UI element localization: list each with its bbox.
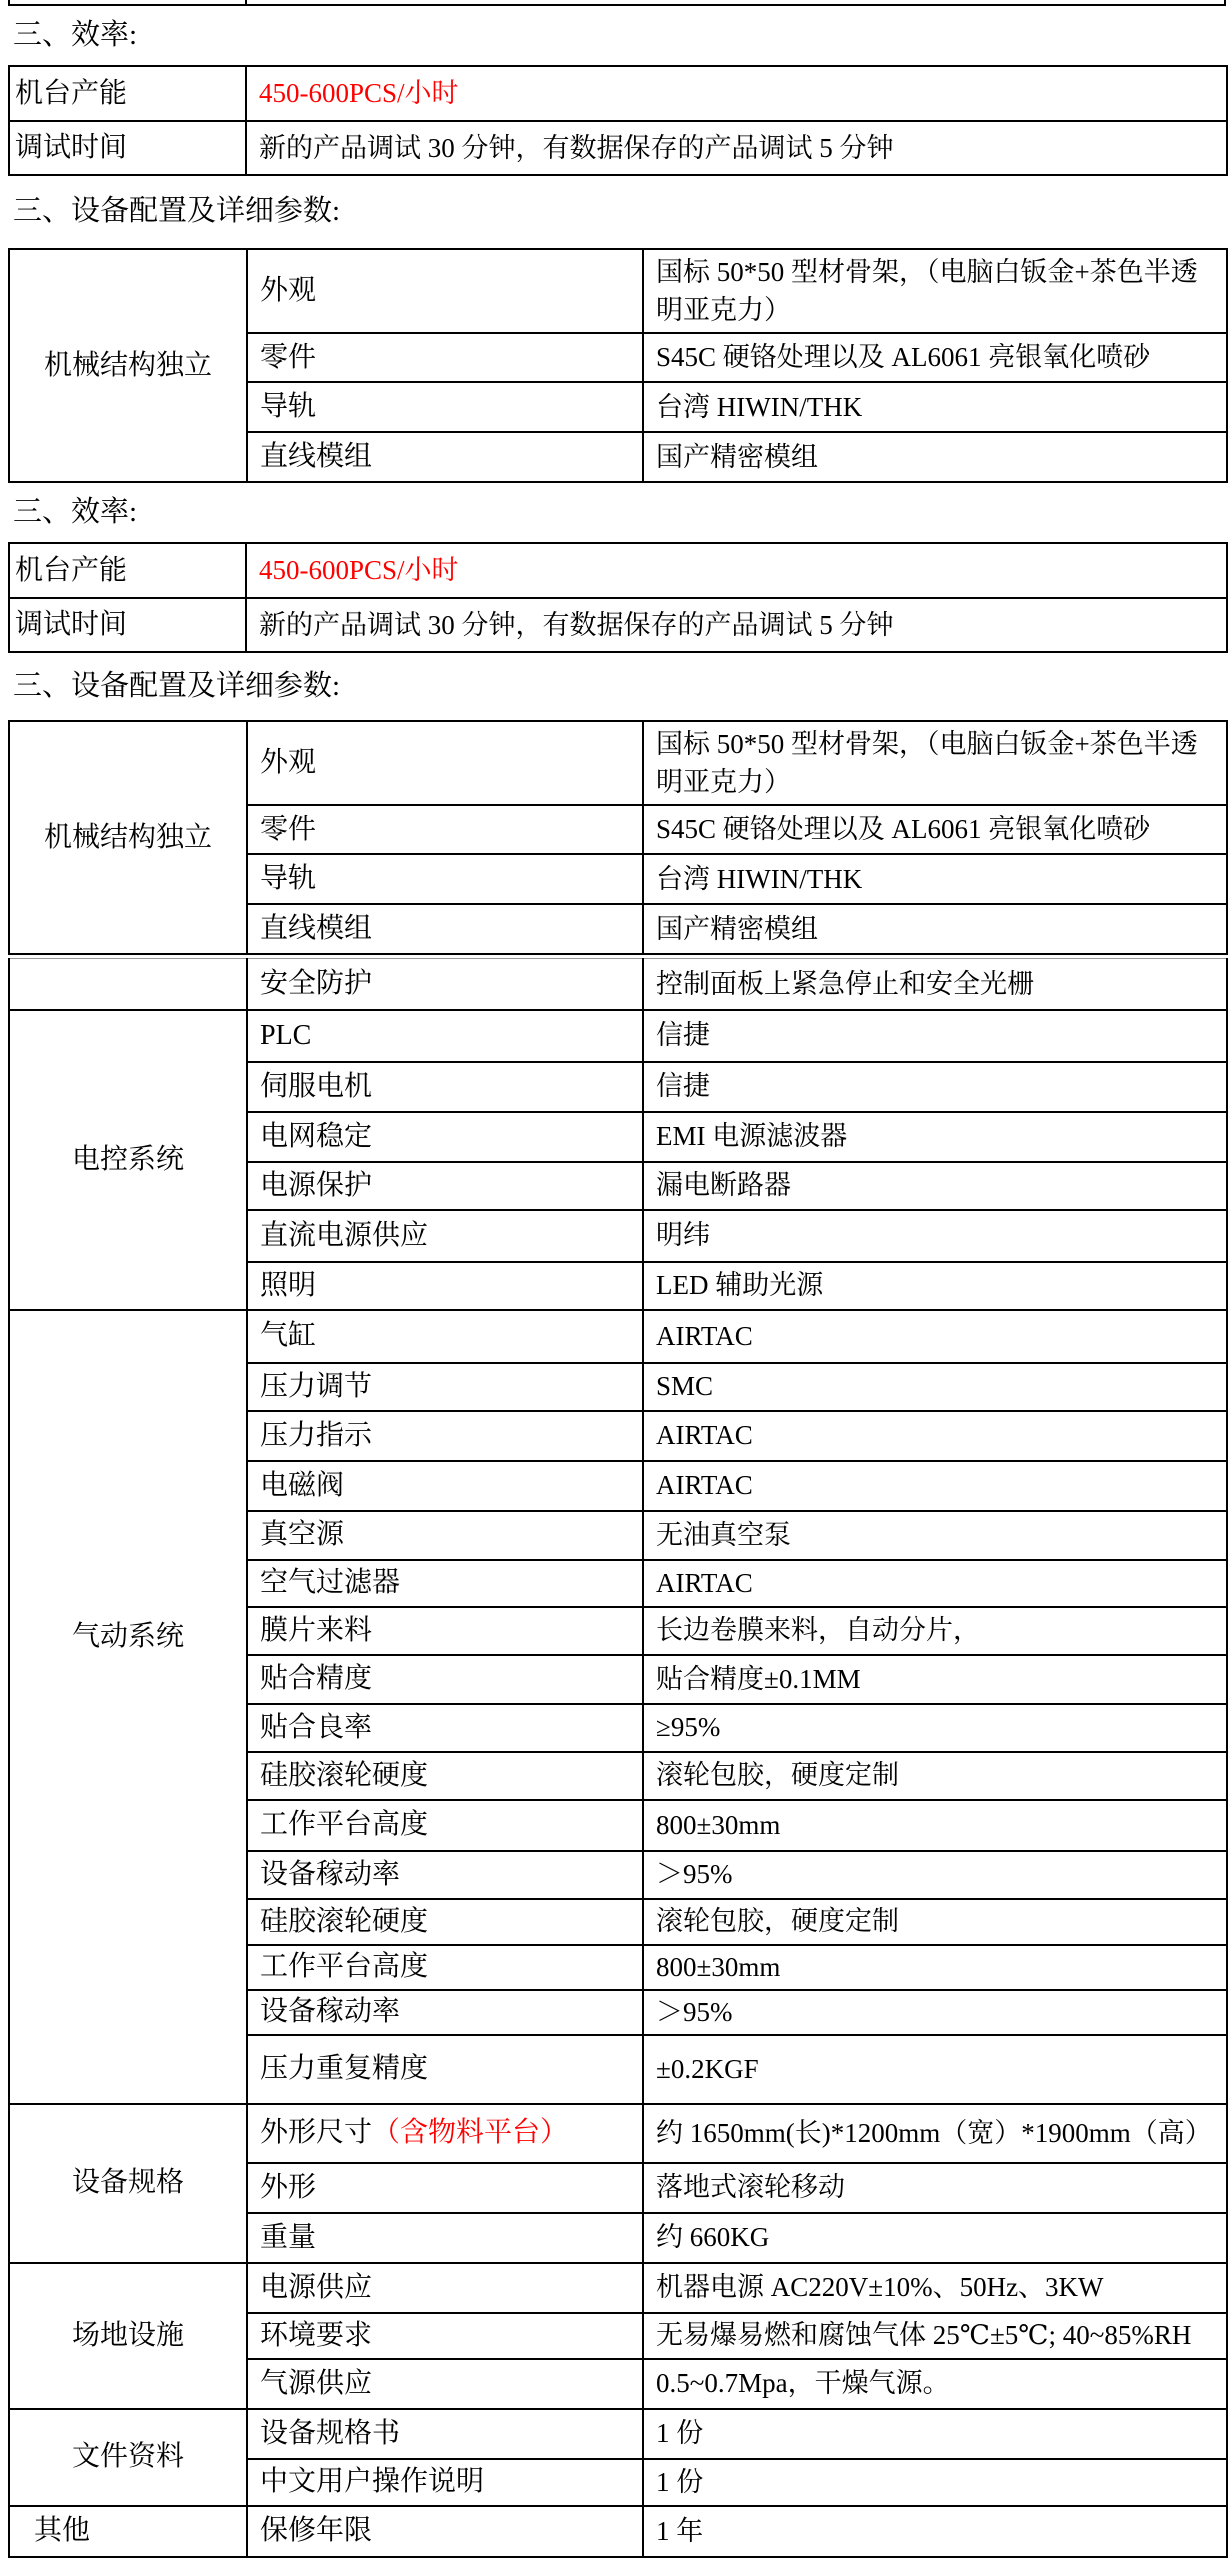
row-value-cell: 800±30mm xyxy=(643,1945,1227,1990)
config-table: 机械结构独立外观国标 50*50 型材骨架，（电脑白钣金+茶色半透明亚克力）零件… xyxy=(8,720,1228,955)
row-label-text: 硅胶滚轮硬度 xyxy=(260,1760,428,1791)
group-label-text: 其他 xyxy=(34,2515,90,2546)
row-value-cell: AIRTAC xyxy=(643,1310,1227,1363)
efficiency-table: 机台产能450-600PCS/小时调试时间新的产品调试 30 分钟，有数据保存的… xyxy=(8,65,1228,176)
row-value-cell: 落地式滚轮移动 xyxy=(643,2163,1227,2213)
row-label-cell: 设备稼动率 xyxy=(247,1851,643,1899)
row-label-text: 压力指示 xyxy=(260,1420,372,1451)
row-value-cell: 长边卷膜来料，自动分片， xyxy=(643,1607,1227,1655)
table-border-segment xyxy=(1224,0,1226,4)
group-label-text: 电控系统 xyxy=(72,1144,184,1175)
heading-efficiency: 三、效率: xyxy=(0,6,1232,65)
table-row: 其他保修年限1 年 xyxy=(9,2506,1227,2557)
row-value-cell: 约 1650mm(长)*1200mm（宽）*1900mm（高） xyxy=(643,2104,1227,2163)
row-value-cell: 明纬 xyxy=(643,1210,1227,1262)
heading-efficiency: 三、效率: xyxy=(0,483,1232,542)
row-value-cell: S45C 硬铬处理以及 AL6061 亮银氧化喷砂 xyxy=(643,805,1227,854)
row-label-text: 电源保护 xyxy=(260,1170,372,1201)
row-label-cell: 伺服电机 xyxy=(247,1062,643,1112)
row-label-text: 保修年限 xyxy=(260,2515,372,2546)
row-label-cell: 设备稼动率 xyxy=(247,1990,643,2035)
table-border-segment xyxy=(245,0,247,4)
row-value-cell: 机器电源 AC220V±10%、50Hz、3KW xyxy=(643,2263,1227,2313)
row-value-cell: 信捷 xyxy=(643,1010,1227,1062)
row-label-cell: 零件 xyxy=(247,333,643,382)
row-value-cell: 控制面板上紧急停止和安全光栅 xyxy=(643,959,1227,1010)
row-label-cell: 工作平台高度 xyxy=(247,1945,643,1990)
row-value-cell: 国产精密模组 xyxy=(643,904,1227,954)
row-value-cell: 新的产品调试 30 分钟，有数据保存的产品调试 5 分钟 xyxy=(246,598,1227,652)
row-value-cell: 1 年 xyxy=(643,2506,1227,2557)
row-label-cell: 膜片来料 xyxy=(247,1607,643,1655)
row-label-cell: 贴合良率 xyxy=(247,1704,643,1752)
row-label-cell: 工作平台高度 xyxy=(247,1800,643,1851)
row-label-text: 膜片来料 xyxy=(260,1615,372,1646)
row-value-cell: 台湾 HIWIN/THK xyxy=(643,854,1227,904)
row-value-cell: 1 份 xyxy=(643,2409,1227,2459)
table-row: 调试时间新的产品调试 30 分钟，有数据保存的产品调试 5 分钟 xyxy=(9,121,1227,175)
row-value-cell: AIRTAC xyxy=(643,1411,1227,1461)
row-label-cell: 空气过滤器 xyxy=(247,1560,643,1607)
row-label-cell: 电源保护 xyxy=(247,1162,643,1210)
table-row: 机台产能450-600PCS/小时 xyxy=(9,543,1227,598)
row-value-cell: 无易爆易燃和腐蚀气体 25℃±5℃; 40~85%RH xyxy=(643,2313,1227,2359)
row-label-cell: 外观 xyxy=(247,721,643,805)
row-value-cell: AIRTAC xyxy=(643,1461,1227,1511)
group-empty-cell xyxy=(9,959,247,1010)
row-value-cell: SMC xyxy=(643,1363,1227,1411)
row-label-text: 环境要求 xyxy=(260,2320,372,2351)
row-value-cell: 450-600PCS/小时 xyxy=(246,543,1227,598)
row-label-cell: 压力重复精度 xyxy=(247,2035,643,2104)
row-label-text: 硅胶滚轮硬度 xyxy=(260,1906,428,1937)
table-row: 安全防护控制面板上紧急停止和安全光栅 xyxy=(9,959,1227,1010)
row-label-text: 电磁阀 xyxy=(260,1470,344,1501)
row-value-cell: 贴合精度±0.1MM xyxy=(643,1655,1227,1704)
group-label-text: 文件资料 xyxy=(72,2441,184,2472)
row-value-cell: AIRTAC xyxy=(643,1560,1227,1607)
group-label-cell: 机械结构独立 xyxy=(9,249,247,482)
row-label-text: 中文用户操作说明 xyxy=(260,2466,484,2497)
row-value-cell: S45C 硬铬处理以及 AL6061 亮银氧化喷砂 xyxy=(643,333,1227,382)
row-value-cell: 国标 50*50 型材骨架，（电脑白钣金+茶色半透明亚克力） xyxy=(643,249,1227,333)
table-row: 机械结构独立外观国标 50*50 型材骨架，（电脑白钣金+茶色半透明亚克力） xyxy=(9,249,1227,333)
previous-table-bottom-edge xyxy=(8,0,1226,6)
row-label-cell: 气源供应 xyxy=(247,2359,643,2409)
row-value-cell: ≥95% xyxy=(643,1704,1227,1752)
row-value-cell: 信捷 xyxy=(643,1062,1227,1112)
row-label-text: 气源供应 xyxy=(260,2368,372,2399)
row-label-cell: 电磁阀 xyxy=(247,1461,643,1511)
row-label-cell: 照明 xyxy=(247,1262,643,1310)
row-value-cell: 1 份 xyxy=(643,2459,1227,2506)
row-label-red-note: （含物料平台） xyxy=(372,2117,568,2148)
row-label-cell: 真空源 xyxy=(247,1511,643,1560)
row-label-cell: 直流电源供应 xyxy=(247,1210,643,1262)
group-label-text: 设备规格 xyxy=(72,2167,184,2198)
row-label-cell: 导轨 xyxy=(247,382,643,432)
row-value-cell: 约 660KG xyxy=(643,2213,1227,2263)
table-row: 气动系统气缸AIRTAC xyxy=(9,1310,1227,1363)
row-label-text: 压力重复精度 xyxy=(260,2053,428,2084)
row-value-cell: 漏电断路器 xyxy=(643,1162,1227,1210)
row-label-text: 空气过滤器 xyxy=(260,1567,400,1598)
row-label-cell: 机台产能 xyxy=(9,66,246,121)
row-value-cell: 滚轮包胶，硬度定制 xyxy=(643,1752,1227,1800)
row-label-cell: 气缸 xyxy=(247,1310,643,1363)
table-row: 文件资料设备规格书1 份 xyxy=(9,2409,1227,2459)
row-value-cell: 新的产品调试 30 分钟，有数据保存的产品调试 5 分钟 xyxy=(246,121,1227,175)
row-label-text: 真空源 xyxy=(260,1519,344,1550)
row-label-cell: 零件 xyxy=(247,805,643,854)
row-label-cell: 硅胶滚轮硬度 xyxy=(247,1899,643,1945)
table-row: 电控系统PLC信捷 xyxy=(9,1010,1227,1062)
table-row: 机台产能450-600PCS/小时 xyxy=(9,66,1227,121)
row-label-cell: 电源供应 xyxy=(247,2263,643,2313)
row-value-cell: ＞95% xyxy=(643,1851,1227,1899)
row-label-cell: 直线模组 xyxy=(247,904,643,954)
row-label-text: 安全防护 xyxy=(260,968,372,999)
row-value-cell: 450-600PCS/小时 xyxy=(246,66,1227,121)
row-value-cell: 0.5~0.7Mpa，干燥气源。 xyxy=(643,2359,1227,2409)
row-label-cell: 保修年限 xyxy=(247,2506,643,2557)
row-label-text: 外形尺寸 xyxy=(260,2117,372,2148)
row-label-text: PLC xyxy=(260,1020,311,1051)
row-label-cell: 中文用户操作说明 xyxy=(247,2459,643,2506)
group-label-cell: 机械结构独立 xyxy=(9,721,247,954)
row-label-text: 重量 xyxy=(260,2222,316,2253)
spec-document-page: 三、效率:机台产能450-600PCS/小时调试时间新的产品调试 30 分钟，有… xyxy=(0,0,1232,2563)
group-label-cell: 气动系统 xyxy=(9,1310,247,2104)
group-label-text: 场地设施 xyxy=(72,2320,184,2351)
row-label-text: 工作平台高度 xyxy=(260,1809,428,1840)
group-label-text: 气动系统 xyxy=(72,1621,184,1652)
row-value-cell: 滚轮包胶，硬度定制 xyxy=(643,1899,1227,1945)
row-value-cell: ＞95% xyxy=(643,1990,1227,2035)
row-label-text: 伺服电机 xyxy=(260,1071,372,1102)
row-value-cell: 国产精密模组 xyxy=(643,432,1227,482)
row-label-cell: 安全防护 xyxy=(247,959,643,1010)
row-value-cell: ±0.2KGF xyxy=(643,2035,1227,2104)
row-label-cell: 压力指示 xyxy=(247,1411,643,1461)
row-label-cell: 重量 xyxy=(247,2213,643,2263)
row-label-text: 气缸 xyxy=(260,1320,316,1351)
row-label-cell: 压力调节 xyxy=(247,1363,643,1411)
row-label-text: 设备稼动率 xyxy=(260,1859,400,1890)
row-label-cell: 环境要求 xyxy=(247,2313,643,2359)
row-label-text: 设备稼动率 xyxy=(260,1996,400,2027)
table-row: 设备规格外形尺寸（含物料平台）约 1650mm(长)*1200mm（宽）*190… xyxy=(9,2104,1227,2163)
group-label-cell: 电控系统 xyxy=(9,1010,247,1310)
row-label-cell: PLC xyxy=(247,1010,643,1062)
row-label-cell: 直线模组 xyxy=(247,432,643,482)
row-value-cell: EMI 电源滤波器 xyxy=(643,1112,1227,1162)
row-label-text: 贴合精度 xyxy=(260,1663,372,1694)
row-label-cell: 硅胶滚轮硬度 xyxy=(247,1752,643,1800)
group-label-cell: 设备规格 xyxy=(9,2104,247,2263)
row-label-cell: 外形 xyxy=(247,2163,643,2213)
row-value-cell: 国标 50*50 型材骨架，（电脑白钣金+茶色半透明亚克力） xyxy=(643,721,1227,805)
row-label-text: 外形 xyxy=(260,2172,316,2203)
spec-detail-table: 安全防护控制面板上紧急停止和安全光栅电控系统PLC信捷伺服电机信捷电网稳定EMI… xyxy=(8,958,1228,2558)
group-label-cell: 文件资料 xyxy=(9,2409,247,2506)
row-label-cell: 机台产能 xyxy=(9,543,246,598)
row-label-cell: 外观 xyxy=(247,249,643,333)
row-label-cell: 贴合精度 xyxy=(247,1655,643,1704)
config-table: 机械结构独立外观国标 50*50 型材骨架，（电脑白钣金+茶色半透明亚克力）零件… xyxy=(8,248,1228,483)
row-value-cell: 无油真空泵 xyxy=(643,1511,1227,1560)
row-label-text: 贴合良率 xyxy=(260,1712,372,1743)
row-value-cell: LED 辅助光源 xyxy=(643,1262,1227,1310)
row-label-text: 工作平台高度 xyxy=(260,1951,428,1982)
document-content: 三、效率:机台产能450-600PCS/小时调试时间新的产品调试 30 分钟，有… xyxy=(0,6,1232,2558)
table-border-segment xyxy=(8,0,10,4)
row-label-text: 压力调节 xyxy=(260,1371,372,1402)
efficiency-table: 机台产能450-600PCS/小时调试时间新的产品调试 30 分钟，有数据保存的… xyxy=(8,542,1228,653)
table-row: 调试时间新的产品调试 30 分钟，有数据保存的产品调试 5 分钟 xyxy=(9,598,1227,652)
row-label-cell: 电网稳定 xyxy=(247,1112,643,1162)
group-label-cell: 场地设施 xyxy=(9,2263,247,2409)
row-label-cell: 导轨 xyxy=(247,854,643,904)
row-label-cell: 设备规格书 xyxy=(247,2409,643,2459)
row-label-text: 电网稳定 xyxy=(260,1121,372,1152)
heading-config: 三、设备配置及详细参数: xyxy=(0,176,1232,248)
row-value-cell: 800±30mm xyxy=(643,1800,1227,1851)
heading-config: 三、设备配置及详细参数: xyxy=(0,653,1232,720)
row-value-cell: 台湾 HIWIN/THK xyxy=(643,382,1227,432)
row-label-text: 照明 xyxy=(260,1270,316,1301)
row-label-text: 设备规格书 xyxy=(260,2418,400,2449)
row-label-text: 直流电源供应 xyxy=(260,1220,428,1251)
table-row: 机械结构独立外观国标 50*50 型材骨架，（电脑白钣金+茶色半透明亚克力） xyxy=(9,721,1227,805)
row-label-cell: 调试时间 xyxy=(9,598,246,652)
row-label-text: 电源供应 xyxy=(260,2272,372,2303)
row-label-cell: 外形尺寸（含物料平台） xyxy=(247,2104,643,2163)
table-row: 场地设施电源供应机器电源 AC220V±10%、50Hz、3KW xyxy=(9,2263,1227,2313)
group-label-cell: 其他 xyxy=(9,2506,247,2557)
row-label-cell: 调试时间 xyxy=(9,121,246,175)
